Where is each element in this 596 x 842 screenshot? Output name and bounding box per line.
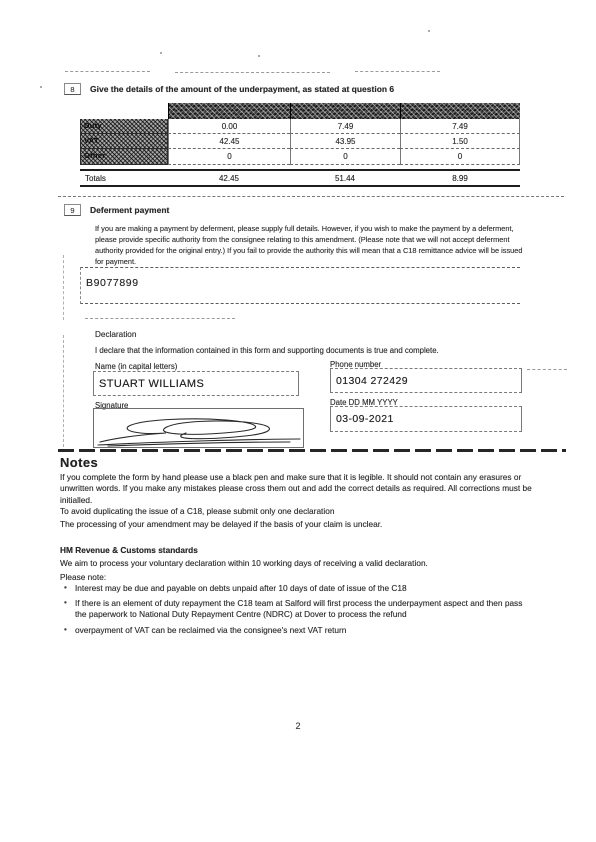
scan-artifact [258, 55, 260, 57]
notes-paragraph-1: If you complete the form by hand please … [60, 472, 538, 506]
totals-underpayment: 8.99 [400, 174, 520, 183]
deferment-number-field: B9077899 [80, 267, 520, 304]
notes-paragraph-3: The processing of your amendment may be … [60, 519, 538, 530]
notes-heading: Notes [60, 455, 98, 470]
table-header-col3 [400, 103, 520, 119]
scan-artifact [65, 71, 150, 72]
scan-artifact [160, 52, 162, 54]
row-label-other: Other [80, 149, 168, 165]
totals-paid: 42.45 [168, 174, 290, 183]
scanned-form-page: 8 Give the details of the amount of the … [0, 0, 596, 842]
notes-paragraph-2: To avoid duplicating the issue of a C18,… [60, 506, 538, 517]
name-field: STUART WILLIAMS [93, 371, 299, 396]
section-9-title: Deferment payment [90, 205, 169, 215]
underpayment-table: Duty 0.00 7.49 7.49 VAT 42.45 43.95 1.50… [80, 103, 520, 165]
vat-underpayment-value: 1.50 [400, 134, 520, 149]
row-label-duty: Duty [80, 119, 168, 134]
signature-scribble [94, 409, 303, 447]
date-field: 03-09-2021 [330, 406, 522, 432]
other-underpayment-value: 0 [400, 149, 520, 165]
deferment-instructions: If you are making a payment by deferment… [95, 223, 523, 267]
scan-artifact [175, 72, 330, 73]
notes-separator [58, 449, 566, 452]
deferment-number-value: B9077899 [81, 268, 520, 289]
table-header-col1 [168, 103, 290, 119]
section-separator [58, 196, 564, 197]
phone-value: 01304 272429 [331, 369, 521, 387]
row-label-vat: VAT [80, 134, 168, 149]
hmrc-standards-heading: HM Revenue & Customs standards [60, 545, 198, 555]
question-8-number-box: 8 [64, 83, 81, 95]
please-note-list: Interest may be due and payable on debts… [62, 583, 536, 640]
signature-field [93, 408, 304, 448]
scan-artifact [40, 86, 42, 88]
declaration-statement: I declare that the information contained… [95, 346, 515, 355]
scan-artifact [85, 318, 235, 319]
vat-paid-value: 42.45 [168, 134, 290, 149]
table-corner-cell [80, 103, 168, 119]
date-value: 03-09-2021 [331, 407, 521, 425]
totals-label: Totals [80, 174, 168, 183]
question-9-number-box: 9 [64, 204, 81, 216]
scan-artifact [428, 30, 430, 32]
vat-due-value: 43.95 [290, 134, 400, 149]
name-label: Name (in capital letters) [95, 362, 177, 371]
duty-due-value: 7.49 [290, 119, 400, 134]
note-bullet-vat-overpayment: overpayment of VAT can be reclaimed via … [62, 625, 536, 636]
table-header-col2 [290, 103, 400, 119]
page-number: 2 [0, 721, 596, 731]
scan-artifact [355, 71, 440, 72]
phone-field: 01304 272429 [330, 368, 522, 393]
section-8-title: Give the details of the amount of the un… [90, 84, 520, 94]
scan-artifact [527, 369, 567, 370]
name-value: STUART WILLIAMS [94, 372, 298, 390]
declaration-heading: Declaration [95, 330, 136, 339]
duty-paid-value: 0.00 [168, 119, 290, 134]
note-bullet-interest: Interest may be due and payable on debts… [62, 583, 536, 594]
scan-artifact [63, 335, 64, 447]
note-bullet-repayment: If there is an element of duty repayment… [62, 598, 536, 620]
other-due-value: 0 [290, 149, 400, 165]
totals-row: Totals 42.45 51.44 8.99 [80, 169, 520, 187]
totals-due: 51.44 [290, 174, 400, 183]
duty-underpayment-value: 7.49 [400, 119, 520, 134]
hmrc-standards-text: We aim to process your voluntary declara… [60, 558, 538, 569]
other-paid-value: 0 [168, 149, 290, 165]
scan-artifact [63, 255, 64, 320]
